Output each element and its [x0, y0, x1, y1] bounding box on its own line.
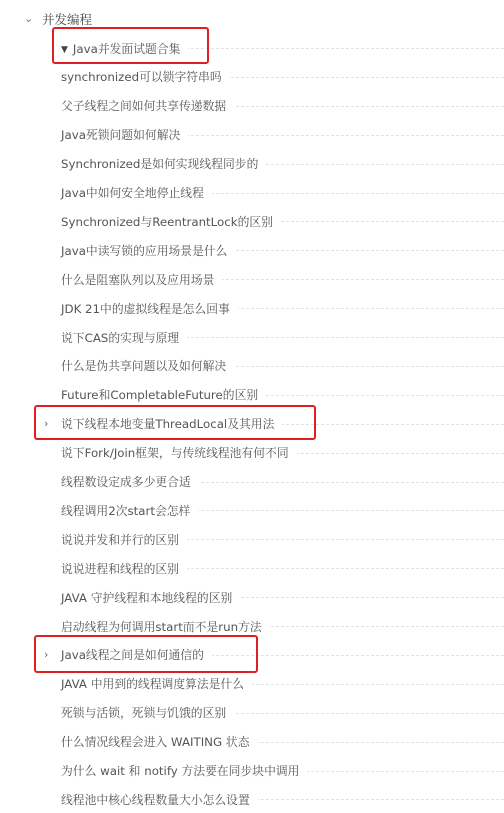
tree-item[interactable]: 线程数设定成多少更合适 [0, 470, 504, 494]
tree-item-label: 线程池中核心线程数量大小怎么设置 [61, 791, 258, 808]
tree-item[interactable]: 线程调用2次start会怎样 [0, 498, 504, 522]
tree-item-text: 启动线程为何调用start而不是run方法 [61, 620, 262, 634]
tree-item-text: 线程池中核心线程数量大小怎么设置 [61, 793, 250, 807]
tree-item-label: JDK 21中的虚拟线程是怎么回事 [61, 300, 238, 317]
tree-item-text: Future和CompletableFuture的区别 [61, 388, 258, 402]
tree-item-text: 说下Fork/Join框架，与传统线程池有何不同 [61, 446, 289, 460]
tree-item-label: Java死锁问题如何解决 [61, 126, 188, 143]
tree-item-text: Java中读写锁的应用场景是什么 [61, 244, 227, 258]
tree-item-text: Synchronized与ReentrantLock的区别 [61, 215, 273, 229]
tree-item-label: 线程数设定成多少更合适 [61, 473, 199, 490]
tree-item[interactable]: 死锁与活锁，死锁与饥饿的区别 [0, 701, 504, 725]
tree-item-label: 线程调用2次start会怎样 [61, 502, 198, 519]
tree-item[interactable]: 说说并发和并行的区别 [0, 527, 504, 551]
tree-item[interactable]: Java中读写锁的应用场景是什么 [0, 238, 504, 262]
tree-item-text: Java中如何安全地停止线程 [61, 186, 204, 200]
tree-item-text: 线程数设定成多少更合适 [61, 475, 191, 489]
tree-item-text: Synchronized是如何实现线程同步的 [61, 157, 258, 171]
tree-item-label: 启动线程为何调用start而不是run方法 [61, 618, 270, 635]
tree-item[interactable]: 什么情况线程会进入 WAITING 状态 [0, 730, 504, 754]
tree-item[interactable]: 线程池中核心线程数量大小怎么设置 [0, 787, 504, 811]
tree-item-text: 为什么 wait 和 notify 方法要在同步块中调用 [61, 764, 299, 778]
tree-item-label: Synchronized与ReentrantLock的区别 [61, 213, 281, 230]
tree-item[interactable]: synchronized可以锁字符串吗 [0, 65, 504, 89]
tree-item-label: 什么是阻塞队列以及应用场景 [61, 271, 222, 288]
tree-item-label: JAVA 守护线程和本地线程的区别 [61, 589, 240, 606]
tree-item-label: 说下CAS的实现与原理 [61, 329, 187, 346]
tree-item[interactable]: 说说进程和线程的区别 [0, 556, 504, 580]
tree-item[interactable]: Java中如何安全地停止线程 [0, 181, 504, 205]
tree-item[interactable]: JAVA 守护线程和本地线程的区别 [0, 585, 504, 609]
tree-item-text: JDK 21中的虚拟线程是怎么回事 [61, 302, 230, 316]
tree-item[interactable]: 什么是伪共享问题以及如何解决 [0, 354, 504, 378]
tree-item-text: JAVA 守护线程和本地线程的区别 [61, 591, 232, 605]
tree-item-label: 父子线程之间如何共享传递数据 [61, 97, 234, 114]
tree-item-label: 说说进程和线程的区别 [61, 560, 187, 577]
tree-item-text: 死锁与活锁，死锁与饥饿的区别 [61, 706, 226, 720]
highlight-box [52, 27, 209, 64]
tree-item-text: 什么情况线程会进入 WAITING 状态 [61, 735, 250, 749]
highlight-box [34, 405, 316, 440]
tree-item-label: Java中如何安全地停止线程 [61, 184, 212, 201]
highlight-box [34, 635, 258, 673]
tree-item[interactable]: JDK 21中的虚拟线程是怎么回事 [0, 296, 504, 320]
tree-item[interactable]: Synchronized与ReentrantLock的区别 [0, 209, 504, 233]
tree-item-label: 为什么 wait 和 notify 方法要在同步块中调用 [61, 762, 307, 779]
tree-item-text: 说下CAS的实现与原理 [61, 331, 179, 345]
tree-item-label: 死锁与活锁，死锁与饥饿的区别 [61, 704, 234, 721]
tree-item[interactable]: 什么是阻塞队列以及应用场景 [0, 267, 504, 291]
tree-item-label: Java中读写锁的应用场景是什么 [61, 242, 235, 259]
tree-root-node[interactable]: ⌄ 并发编程 [24, 9, 92, 29]
chevron-down-icon[interactable]: ⌄ [24, 12, 36, 25]
tree-item-text: 什么是伪共享问题以及如何解决 [61, 359, 226, 373]
tree-item[interactable]: Java死锁问题如何解决 [0, 123, 504, 147]
tree-item-label: synchronized可以锁字符串吗 [61, 68, 230, 85]
tree-item-label: Synchronized是如何实现线程同步的 [61, 155, 266, 172]
tree-item[interactable]: 为什么 wait 和 notify 方法要在同步块中调用 [0, 759, 504, 783]
tree-item-label: Future和CompletableFuture的区别 [61, 386, 266, 403]
tree-item[interactable]: 说下Fork/Join框架，与传统线程池有何不同 [0, 441, 504, 465]
tree-item-text: JAVA 中用到的线程调度算法是什么 [61, 677, 244, 691]
tree-item[interactable]: 说下CAS的实现与原理 [0, 325, 504, 349]
tree-item-label: 什么情况线程会进入 WAITING 状态 [61, 733, 258, 750]
tree-item-label: 说下Fork/Join框架，与传统线程池有何不同 [61, 444, 297, 461]
tree-item-text: synchronized可以锁字符串吗 [61, 70, 222, 84]
tree-item-label: 什么是伪共享问题以及如何解决 [61, 357, 234, 374]
tree-item[interactable]: Synchronized是如何实现线程同步的 [0, 152, 504, 176]
tree-root-label: 并发编程 [42, 10, 92, 28]
tree-item-text: 父子线程之间如何共享传递数据 [61, 99, 226, 113]
tree-item-label: 说说并发和并行的区别 [61, 531, 187, 548]
tree-item[interactable]: Future和CompletableFuture的区别 [0, 383, 504, 407]
tree-item[interactable]: JAVA 中用到的线程调度算法是什么 [0, 672, 504, 696]
tree-item-text: 说说并发和并行的区别 [61, 533, 179, 547]
tree-item-text: 什么是阻塞队列以及应用场景 [61, 273, 214, 287]
tree-item-text: Java死锁问题如何解决 [61, 128, 180, 142]
tree-item-text: 线程调用2次start会怎样 [61, 504, 190, 518]
tree-item[interactable]: 父子线程之间如何共享传递数据 [0, 94, 504, 118]
tree-item-text: 说说进程和线程的区别 [61, 562, 179, 576]
tree-item-label: JAVA 中用到的线程调度算法是什么 [61, 675, 252, 692]
